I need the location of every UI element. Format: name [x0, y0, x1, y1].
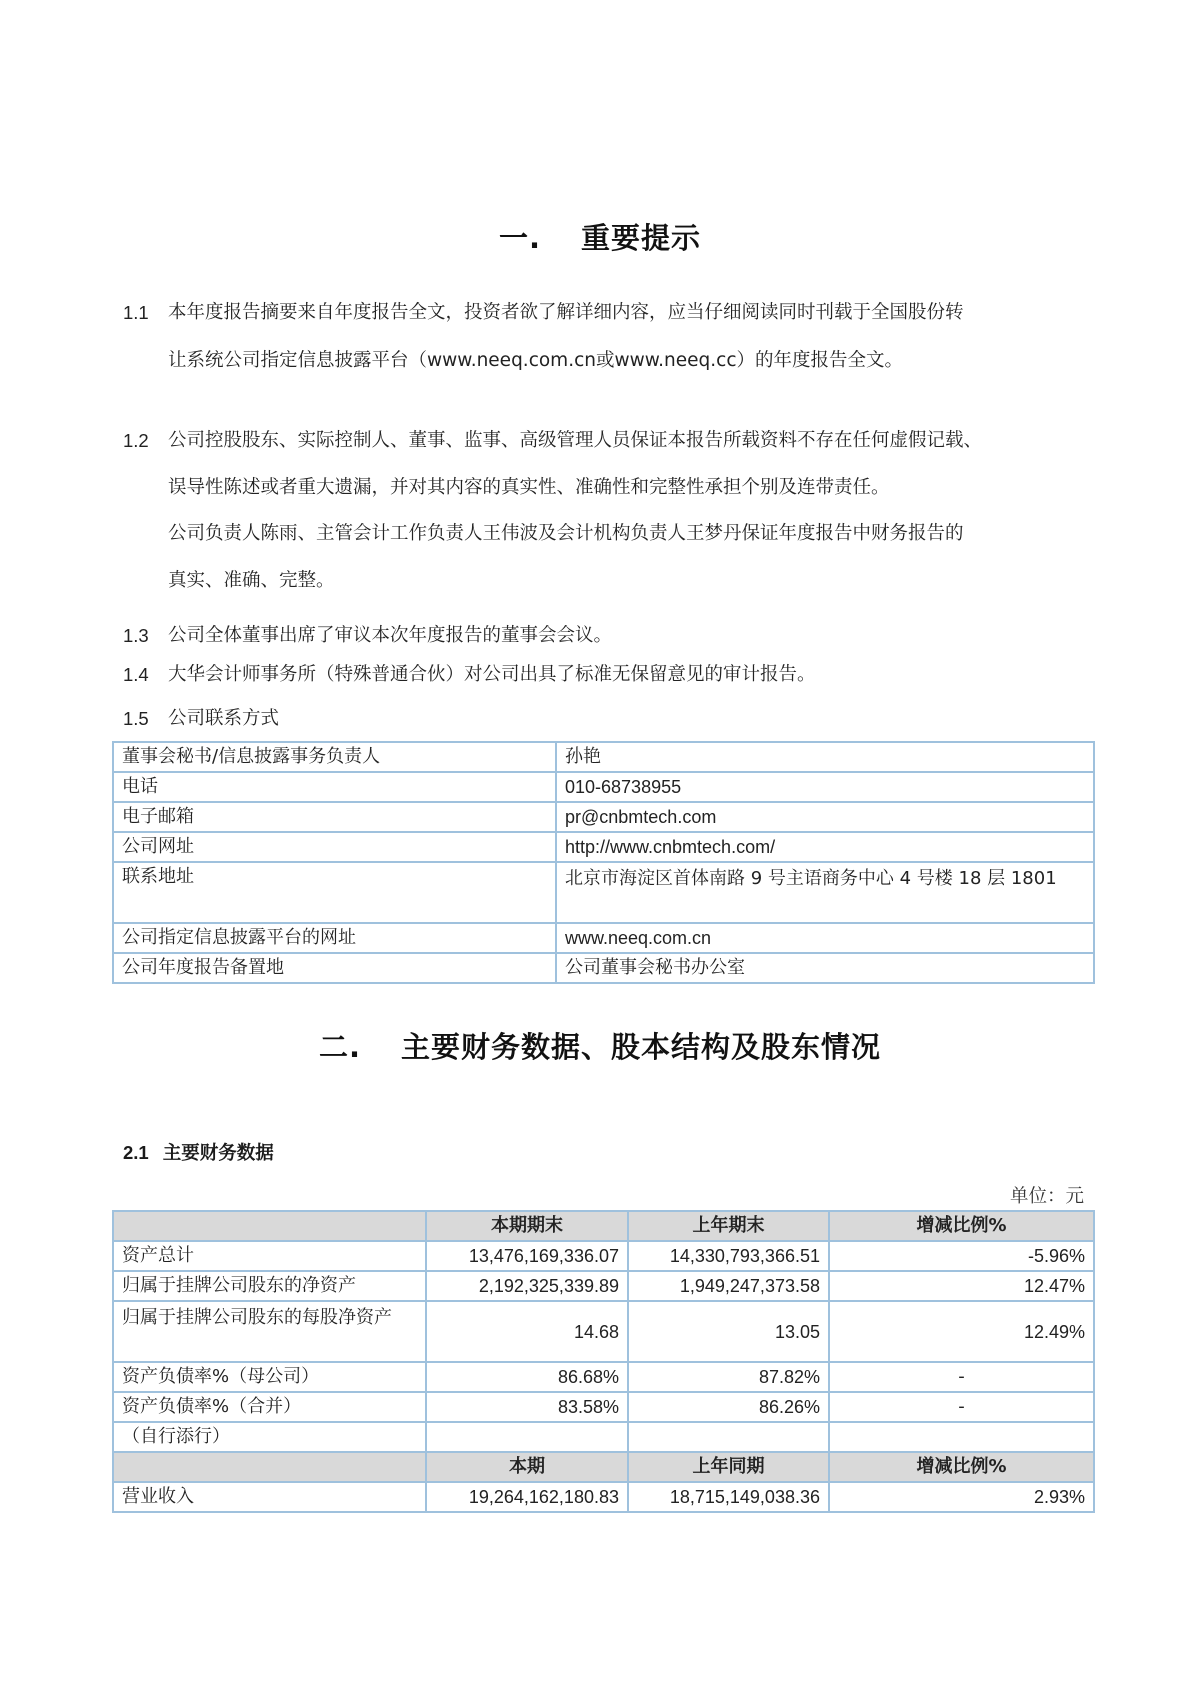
cell-change: - [829, 1362, 1094, 1392]
cell-change: 12.49% [829, 1301, 1094, 1362]
table-row: 资产负债率%（母公司） 86.68% 87.82% - [113, 1362, 1094, 1392]
table-row: （自行添行） [113, 1422, 1094, 1452]
column-header: 本期 [426, 1452, 628, 1482]
section-2-number: 二. [319, 1030, 361, 1064]
item-text-line: 公司控股股东、实际控制人、董事、监事、高级管理人员保证本报告所载资料不存在任何虚… [168, 430, 982, 451]
table-row: 公司指定信息披露平台的网址 www.neeq.com.cn [113, 923, 1094, 953]
row-label: 营业收入 [113, 1482, 426, 1512]
row-label: （自行添行） [113, 1422, 426, 1452]
item-1-2-cont: 误导性陈述或者重大遗漏，并对其内容的真实性、准确性和完整性承担个别及连带责任。 [168, 476, 890, 500]
item-1-5: 1.5 公司联系方式 [168, 707, 279, 731]
cell-change [829, 1422, 1094, 1452]
column-header [113, 1452, 426, 1482]
item-text-line: 本年度报告摘要来自年度报告全文，投资者欲了解详细内容，应当仔细阅读同时刊载于全国… [168, 302, 964, 323]
table-row: 电话 010-68738955 [113, 772, 1094, 802]
section-1-title: 重要提示 [581, 221, 701, 255]
column-header [113, 1211, 426, 1241]
contact-value: 孙艳 [556, 742, 1094, 772]
item-text-line: 公司负责人陈雨、主管会计工作负责人王伟波及会计机构负责人王梦丹保证年度报告中财务… [168, 523, 964, 544]
row-label: 资产负债率%（合并） [113, 1392, 426, 1422]
contact-email[interactable]: pr@cnbmtech.com [556, 802, 1094, 832]
cell-prior: 87.82% [628, 1362, 829, 1392]
section-1-heading: 一.重要提示 [0, 216, 1200, 257]
cell-current: 86.68% [426, 1362, 628, 1392]
table-row: 资产负债率%（合并） 83.58% 86.26% - [113, 1392, 1094, 1422]
table-row: 公司网址 http://www.cnbmtech.com/ [113, 832, 1094, 862]
financial-table: 本期期末 上年期末 增减比例% 资产总计 13,476,169,336.07 1… [112, 1210, 1095, 1513]
contact-table: 董事会秘书/信息披露事务负责人 孙艳 电话 010-68738955 电子邮箱 … [112, 741, 1095, 984]
column-header: 增减比例% [829, 1452, 1094, 1482]
column-header: 上年同期 [628, 1452, 829, 1482]
section-1-number: 一. [499, 221, 541, 255]
table-row: 营业收入 19,264,162,180.83 18,715,149,038.36… [113, 1482, 1094, 1512]
item-number: 1.5 [123, 707, 149, 731]
column-header: 上年期末 [628, 1211, 829, 1241]
row-label: 资产总计 [113, 1241, 426, 1271]
unit-label: 单位：元 [1010, 1182, 1084, 1208]
item-1-2: 1.2 公司控股股东、实际控制人、董事、监事、高级管理人员保证本报告所载资料不存… [168, 429, 982, 453]
table-header-row: 本期期末 上年期末 增减比例% [113, 1211, 1094, 1241]
cell-current: 19,264,162,180.83 [426, 1482, 628, 1512]
item-1-3: 1.3 公司全体董事出席了审议本次年度报告的董事会会议。 [168, 624, 612, 648]
item-1-1: 1.1 本年度报告摘要来自年度报告全文，投资者欲了解详细内容，应当仔细阅读同时刊… [168, 301, 964, 325]
cell-change: 12.47% [829, 1271, 1094, 1301]
table-row: 董事会秘书/信息披露事务负责人 孙艳 [113, 742, 1094, 772]
table-row: 公司年度报告备置地 公司董事会秘书办公室 [113, 953, 1094, 983]
table-row: 联系地址 北京市海淀区首体南路 9 号主语商务中心 4 号楼 18 层 1801 [113, 862, 1094, 923]
item-number: 1.2 [123, 429, 149, 453]
table-row: 电子邮箱 pr@cnbmtech.com [113, 802, 1094, 832]
row-label: 资产负债率%（母公司） [113, 1362, 426, 1392]
cell-prior: 1,949,247,373.58 [628, 1271, 829, 1301]
contact-label: 电子邮箱 [113, 802, 556, 832]
item-number: 1.1 [123, 301, 149, 325]
cell-current: 2,192,325,339.89 [426, 1271, 628, 1301]
item-text-line: 公司联系方式 [168, 708, 279, 729]
item-text-line: 大华会计师事务所（特殊普通合伙）对公司出具了标准无保留意见的审计报告。 [168, 664, 816, 685]
item-1-2-cont: 真实、准确、完整。 [168, 569, 335, 593]
subsection-2-1: 2.1主要财务数据 [123, 1139, 274, 1165]
contact-label: 电话 [113, 772, 556, 802]
table-header-row: 本期 上年同期 增减比例% [113, 1452, 1094, 1482]
table-row: 归属于挂牌公司股东的每股净资产 14.68 13.05 12.49% [113, 1301, 1094, 1362]
cell-current: 13,476,169,336.07 [426, 1241, 628, 1271]
contact-label: 公司网址 [113, 832, 556, 862]
item-text-line: 让系统公司指定信息披露平台（www.neeq.com.cn或www.neeq.c… [168, 350, 903, 371]
contact-value: 公司董事会秘书办公室 [556, 953, 1094, 983]
item-1-1-cont: 让系统公司指定信息披露平台（www.neeq.com.cn或www.neeq.c… [168, 349, 903, 373]
contact-value: 010-68738955 [556, 772, 1094, 802]
cell-prior [628, 1422, 829, 1452]
item-number: 1.3 [123, 624, 149, 648]
cell-prior: 14,330,793,366.51 [628, 1241, 829, 1271]
cell-current: 14.68 [426, 1301, 628, 1362]
row-label: 归属于挂牌公司股东的每股净资产 [113, 1301, 426, 1362]
cell-current [426, 1422, 628, 1452]
item-text-line: 公司全体董事出席了审议本次年度报告的董事会会议。 [168, 625, 612, 646]
item-number: 1.4 [123, 663, 149, 687]
table-row: 资产总计 13,476,169,336.07 14,330,793,366.51… [113, 1241, 1094, 1271]
item-text-line: 真实、准确、完整。 [168, 570, 335, 591]
cell-change: -5.96% [829, 1241, 1094, 1271]
cell-prior: 86.26% [628, 1392, 829, 1422]
contact-value: 北京市海淀区首体南路 9 号主语商务中心 4 号楼 18 层 1801 [556, 862, 1094, 923]
contact-label: 公司年度报告备置地 [113, 953, 556, 983]
contact-website[interactable]: http://www.cnbmtech.com/ [556, 832, 1094, 862]
contact-platform-url[interactable]: www.neeq.com.cn [556, 923, 1094, 953]
section-2-heading: 二.主要财务数据、股本结构及股东情况 [0, 1025, 1200, 1066]
subsection-number: 2.1 [123, 1142, 149, 1163]
item-text-line: 误导性陈述或者重大遗漏，并对其内容的真实性、准确性和完整性承担个别及连带责任。 [168, 477, 890, 498]
cell-change: - [829, 1392, 1094, 1422]
cell-prior: 13.05 [628, 1301, 829, 1362]
item-1-4: 1.4 大华会计师事务所（特殊普通合伙）对公司出具了标准无保留意见的审计报告。 [168, 663, 816, 687]
cell-change: 2.93% [829, 1482, 1094, 1512]
contact-label: 联系地址 [113, 862, 556, 923]
cell-current: 83.58% [426, 1392, 628, 1422]
column-header: 本期期末 [426, 1211, 628, 1241]
contact-label: 公司指定信息披露平台的网址 [113, 923, 556, 953]
column-header: 增减比例% [829, 1211, 1094, 1241]
table-row: 归属于挂牌公司股东的净资产 2,192,325,339.89 1,949,247… [113, 1271, 1094, 1301]
subsection-title: 主要财务数据 [163, 1143, 274, 1164]
row-label: 归属于挂牌公司股东的净资产 [113, 1271, 426, 1301]
cell-prior: 18,715,149,038.36 [628, 1482, 829, 1512]
item-1-2-cont: 公司负责人陈雨、主管会计工作负责人王伟波及会计机构负责人王梦丹保证年度报告中财务… [168, 522, 964, 546]
contact-label: 董事会秘书/信息披露事务负责人 [113, 742, 556, 772]
section-2-title: 主要财务数据、股本结构及股东情况 [401, 1030, 881, 1064]
